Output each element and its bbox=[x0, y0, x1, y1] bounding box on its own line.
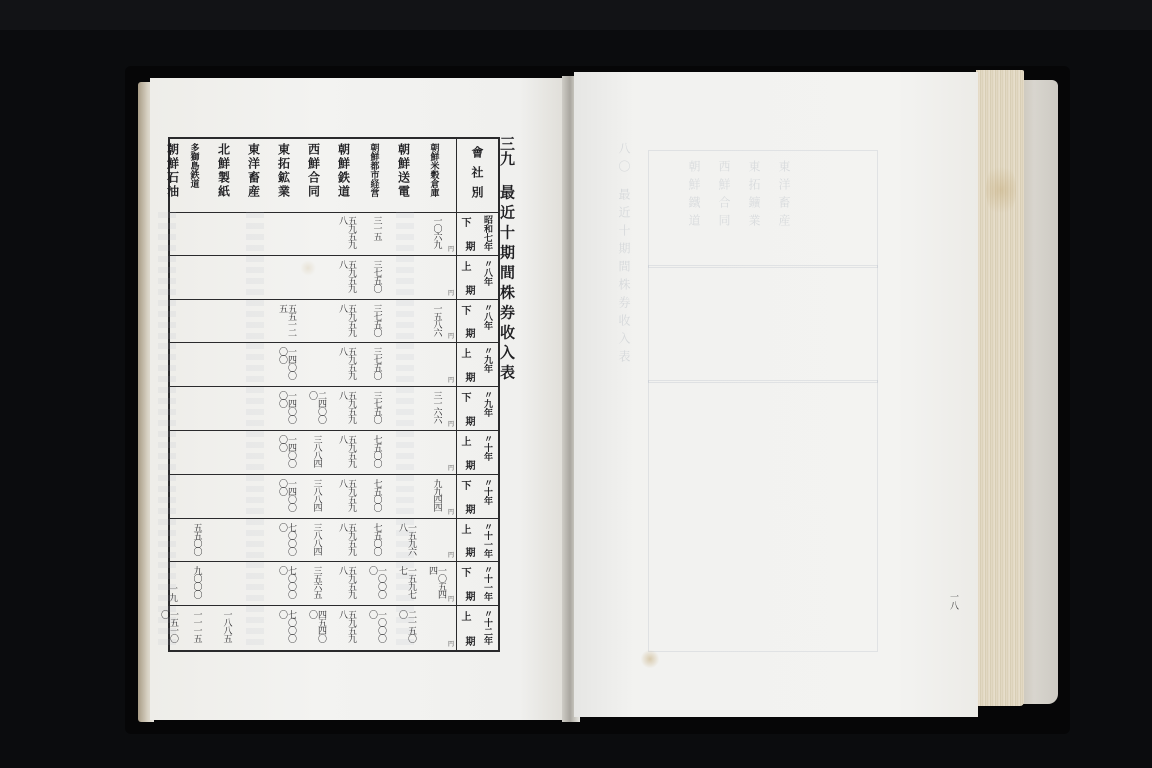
table-cell: 一〇〇〇〇 bbox=[364, 610, 388, 646]
table-cell: 五九五九八 bbox=[334, 347, 358, 382]
period-term: 期 bbox=[461, 504, 476, 514]
table-cell: 三七五〇 bbox=[364, 347, 388, 382]
bleed-through-line bbox=[648, 380, 878, 383]
period-label: 上〃十二年期 bbox=[456, 606, 498, 650]
table-cell: 一四〇〇〇〇 bbox=[274, 391, 298, 426]
currency-unit: 円 bbox=[448, 594, 454, 603]
table-cell: 三五六五 bbox=[304, 566, 328, 601]
table-cell bbox=[244, 610, 268, 646]
period-year: 〃八年 bbox=[481, 259, 494, 286]
table-cell: 五五〇〇 bbox=[184, 523, 208, 558]
currency-unit: 円 bbox=[448, 375, 454, 384]
table-cell bbox=[394, 435, 418, 470]
table-cell: 五九五九八 bbox=[334, 391, 358, 426]
table-cell bbox=[304, 304, 328, 339]
header-label: 會社別 bbox=[456, 139, 498, 212]
company-header: 朝鮮石油 bbox=[166, 143, 180, 209]
period-label: 下〃九年期 bbox=[456, 387, 498, 430]
table-number: 三九 bbox=[498, 136, 516, 166]
table-cell bbox=[304, 216, 328, 251]
table-row: 上〃十年期円七五〇〇五九五九八三八八四一四〇〇〇〇 bbox=[170, 431, 498, 475]
period-half: 下 bbox=[457, 217, 472, 227]
company-header: 東拓鉱業 bbox=[270, 143, 298, 209]
table-row: 下〃十一年期円一〇五四四一五九七七一〇〇〇〇五九五九八三五六五七〇〇〇〇九〇〇〇 bbox=[170, 562, 498, 606]
table-cell: 七〇〇〇〇 bbox=[274, 523, 298, 558]
table-cell: 七五〇〇 bbox=[364, 523, 388, 558]
table-cell bbox=[156, 347, 180, 382]
table-cell: 四五四〇〇 bbox=[304, 610, 328, 646]
table-cell bbox=[214, 566, 238, 601]
table-cell: 一五九七七 bbox=[394, 566, 418, 601]
table-cell: 七五〇〇 bbox=[364, 479, 388, 514]
table-cell bbox=[184, 435, 208, 470]
bleed-through-text: 八〇 最近十期間株券收入表 bbox=[616, 142, 633, 368]
currency-unit: 円 bbox=[448, 639, 454, 648]
period-half: 下 bbox=[457, 392, 472, 402]
bleed-through-text: 朝鮮鐵道 bbox=[686, 160, 703, 232]
table-cell bbox=[184, 260, 208, 295]
table-cell: 一八八五 bbox=[214, 610, 238, 646]
table-cell bbox=[424, 435, 448, 470]
table-cell bbox=[394, 216, 418, 251]
table-cell: 一〇五四四 bbox=[424, 566, 448, 601]
table-cell: 七〇〇〇〇 bbox=[274, 610, 298, 646]
period-year: 〃十二年 bbox=[481, 609, 494, 645]
table-cell: 三七五〇 bbox=[364, 260, 388, 295]
table-cell: 三八八四 bbox=[304, 435, 328, 470]
table-cell bbox=[424, 610, 448, 646]
table-cell bbox=[394, 479, 418, 514]
table-cell: 一四〇〇〇〇 bbox=[274, 347, 298, 382]
bleed-through-line bbox=[648, 265, 878, 268]
period-year: 〃九年 bbox=[481, 346, 494, 373]
table-cell bbox=[214, 523, 238, 558]
table-cell: 五九五九八 bbox=[334, 216, 358, 251]
bleed-through-text: 西鮮合同 bbox=[716, 160, 733, 232]
table-cell: 五九五九八 bbox=[334, 479, 358, 514]
period-term: 期 bbox=[461, 241, 476, 251]
period-half: 下 bbox=[457, 480, 472, 490]
period-year: 〃十年 bbox=[481, 478, 494, 505]
table-cell bbox=[244, 391, 268, 426]
table-cell bbox=[244, 479, 268, 514]
period-half: 上 bbox=[457, 611, 472, 621]
table-cell bbox=[156, 391, 180, 426]
bleed-through-text: 東洋畜産 bbox=[776, 160, 793, 232]
period-term: 期 bbox=[461, 636, 476, 646]
table-cell: 五九五九八 bbox=[334, 260, 358, 295]
table-cell bbox=[214, 260, 238, 295]
table-cell bbox=[214, 435, 238, 470]
left-page-number: 一九 bbox=[166, 584, 179, 602]
period-half: 上 bbox=[457, 261, 472, 271]
table-cell bbox=[244, 566, 268, 601]
table-cell bbox=[244, 523, 268, 558]
table-cell bbox=[244, 216, 268, 251]
table-cell bbox=[394, 260, 418, 295]
table-row: 上〃八年期円三七五〇五九五九八 bbox=[170, 256, 498, 300]
period-year: 〃八年 bbox=[481, 303, 494, 330]
table-cell: 五九五九八 bbox=[334, 523, 358, 558]
table-row: 上〃十二年期円二一五〇〇一〇〇〇〇五九五九八四五四〇〇七〇〇〇〇一八八五一一一五… bbox=[170, 606, 498, 650]
company-header: 西鮮合同 bbox=[300, 143, 328, 209]
company-header: 多獅島鉄道 bbox=[180, 143, 208, 209]
table-cell bbox=[156, 304, 180, 339]
table-cell bbox=[214, 347, 238, 382]
period-label: 下〃八年期 bbox=[456, 300, 498, 343]
table-cell: 三八八四 bbox=[304, 479, 328, 514]
table-cell: 五九五九八 bbox=[334, 566, 358, 601]
table-row: 上〃九年期円三七五〇五九五九八一四〇〇〇〇 bbox=[170, 343, 498, 387]
company-header-row: 會社別 朝鮮米穀倉庫 朝鮮送電 朝鮮都市経営 朝鮮鉄道 西鮮合同 東拓鉱業 東洋… bbox=[170, 139, 498, 213]
table-cell bbox=[304, 347, 328, 382]
bleed-through-table bbox=[648, 150, 878, 652]
table-cell: 一五九六八 bbox=[394, 523, 418, 558]
company-header: 東洋畜産 bbox=[240, 143, 268, 209]
period-half: 下 bbox=[457, 305, 472, 315]
bleed-through-text: 東拓鑛業 bbox=[746, 160, 763, 232]
table-cell: 一一一五 bbox=[184, 610, 208, 646]
period-term: 期 bbox=[461, 416, 476, 426]
table-cell bbox=[184, 347, 208, 382]
currency-unit: 円 bbox=[448, 419, 454, 428]
table-cell: 三一五 bbox=[364, 216, 388, 251]
table-cell: 一五一〇〇 bbox=[156, 610, 180, 646]
currency-unit: 円 bbox=[448, 507, 454, 516]
table-cell bbox=[156, 435, 180, 470]
table-cell: 三一六六 bbox=[424, 391, 448, 426]
currency-unit: 円 bbox=[448, 288, 454, 297]
company-header: 朝鮮都市経営 bbox=[360, 143, 388, 209]
company-header: 朝鮮送電 bbox=[390, 143, 418, 209]
right-page-number: 一八 bbox=[947, 592, 960, 610]
period-term: 期 bbox=[461, 372, 476, 382]
table-cell bbox=[184, 391, 208, 426]
period-label: 上〃九年期 bbox=[456, 343, 498, 386]
period-year: 昭和七年 bbox=[481, 215, 494, 251]
period-year: 〃十年 bbox=[481, 434, 494, 461]
currency-unit: 円 bbox=[448, 463, 454, 472]
table-cell: 一五八六 bbox=[424, 304, 448, 339]
company-header: 朝鮮米穀倉庫 bbox=[420, 143, 448, 209]
table-cell bbox=[214, 304, 238, 339]
table-title: 三九 最近十期間株券收入表 bbox=[497, 136, 518, 384]
table-cell: 九九四四 bbox=[424, 479, 448, 514]
table-row: 上〃十一年期円一五九六八七五〇〇五九五九八三八八四七〇〇〇〇五五〇〇 bbox=[170, 519, 498, 563]
table-cell: 一四〇〇〇〇 bbox=[274, 435, 298, 470]
back-cover-edge bbox=[1018, 80, 1058, 704]
period-half: 上 bbox=[457, 436, 472, 446]
table-cell: 三八八四 bbox=[304, 523, 328, 558]
table-cell: 三七五〇 bbox=[364, 304, 388, 339]
table-cell bbox=[394, 347, 418, 382]
company-header: 北鮮製紙 bbox=[210, 143, 238, 209]
table-cell: 五五一二五 bbox=[274, 304, 298, 339]
period-term: 期 bbox=[461, 328, 476, 338]
table-cell bbox=[214, 479, 238, 514]
period-label: 下昭和七年期 bbox=[456, 212, 498, 255]
table-cell: 二一五〇〇 bbox=[394, 610, 418, 646]
table-row: 下〃十年期円九九四四七五〇〇五九五九八三八八四一四〇〇〇〇 bbox=[170, 475, 498, 519]
table-cell: 一〇六九 bbox=[424, 216, 448, 251]
table-row: 下昭和七年期円一〇六九三一五五九五九八 bbox=[170, 212, 498, 256]
table-cell: 七五〇〇 bbox=[364, 435, 388, 470]
paper-stain bbox=[300, 260, 316, 276]
table-cell bbox=[184, 304, 208, 339]
table-cell: 一〇〇〇〇 bbox=[364, 566, 388, 601]
table-cell bbox=[156, 523, 180, 558]
currency-unit: 円 bbox=[448, 331, 454, 340]
table-cell bbox=[156, 216, 180, 251]
table-cell: 五九五九八 bbox=[334, 435, 358, 470]
period-term: 期 bbox=[461, 591, 476, 601]
paper-stain bbox=[640, 650, 660, 668]
table-cell: 一四〇〇〇〇 bbox=[274, 479, 298, 514]
company-header: 朝鮮鉄道 bbox=[330, 143, 358, 209]
period-term: 期 bbox=[461, 547, 476, 557]
table-cell bbox=[156, 479, 180, 514]
table-cell bbox=[394, 391, 418, 426]
table-cell bbox=[156, 260, 180, 295]
period-term: 期 bbox=[461, 460, 476, 470]
table-cell bbox=[244, 435, 268, 470]
table-cell bbox=[244, 304, 268, 339]
period-year: 〃十一年 bbox=[481, 565, 494, 601]
table-cell: 五九五九八 bbox=[334, 610, 358, 646]
backdrop bbox=[0, 0, 1152, 30]
period-half: 上 bbox=[457, 348, 472, 358]
table-cell bbox=[214, 391, 238, 426]
table-cell bbox=[424, 347, 448, 382]
table-title-text: 最近十期間株券收入表 bbox=[498, 184, 516, 384]
period-half: 下 bbox=[457, 567, 472, 577]
table-cell bbox=[214, 216, 238, 251]
water-stain bbox=[986, 160, 1016, 220]
stock-income-table: 會社別 朝鮮米穀倉庫 朝鮮送電 朝鮮都市経営 朝鮮鉄道 西鮮合同 東拓鉱業 東洋… bbox=[168, 137, 500, 652]
currency-unit: 円 bbox=[448, 244, 454, 253]
table-cell bbox=[424, 260, 448, 295]
table-cell: 二四〇〇〇 bbox=[304, 391, 328, 426]
table-row: 下〃八年期円一五八六三七五〇五九五九八五五一二五 bbox=[170, 300, 498, 344]
table-cell: 七〇〇〇〇 bbox=[274, 566, 298, 601]
table-row: 下〃九年期円三一六六三七五〇五九五九八二四〇〇〇一四〇〇〇〇 bbox=[170, 387, 498, 431]
period-label: 下〃十年期 bbox=[456, 475, 498, 518]
table-cell: 三七五〇 bbox=[364, 391, 388, 426]
table-cell: 五九五九八 bbox=[334, 304, 358, 339]
period-year: 〃十一年 bbox=[481, 522, 494, 558]
period-label: 下〃十一年期 bbox=[456, 562, 498, 605]
period-term: 期 bbox=[461, 285, 476, 295]
table-cell bbox=[244, 260, 268, 295]
table-cell: 九〇〇〇 bbox=[184, 566, 208, 601]
table-cell bbox=[394, 304, 418, 339]
table-cell bbox=[424, 523, 448, 558]
period-label: 上〃十一年期 bbox=[456, 519, 498, 562]
table-cell bbox=[274, 260, 298, 295]
table-cell bbox=[184, 216, 208, 251]
period-label: 上〃八年期 bbox=[456, 256, 498, 299]
period-half: 上 bbox=[457, 524, 472, 534]
period-year: 〃九年 bbox=[481, 390, 494, 417]
currency-unit: 円 bbox=[448, 550, 454, 559]
table-cell bbox=[274, 216, 298, 251]
period-label: 上〃十年期 bbox=[456, 431, 498, 474]
table-cell bbox=[184, 479, 208, 514]
table-cell bbox=[244, 347, 268, 382]
